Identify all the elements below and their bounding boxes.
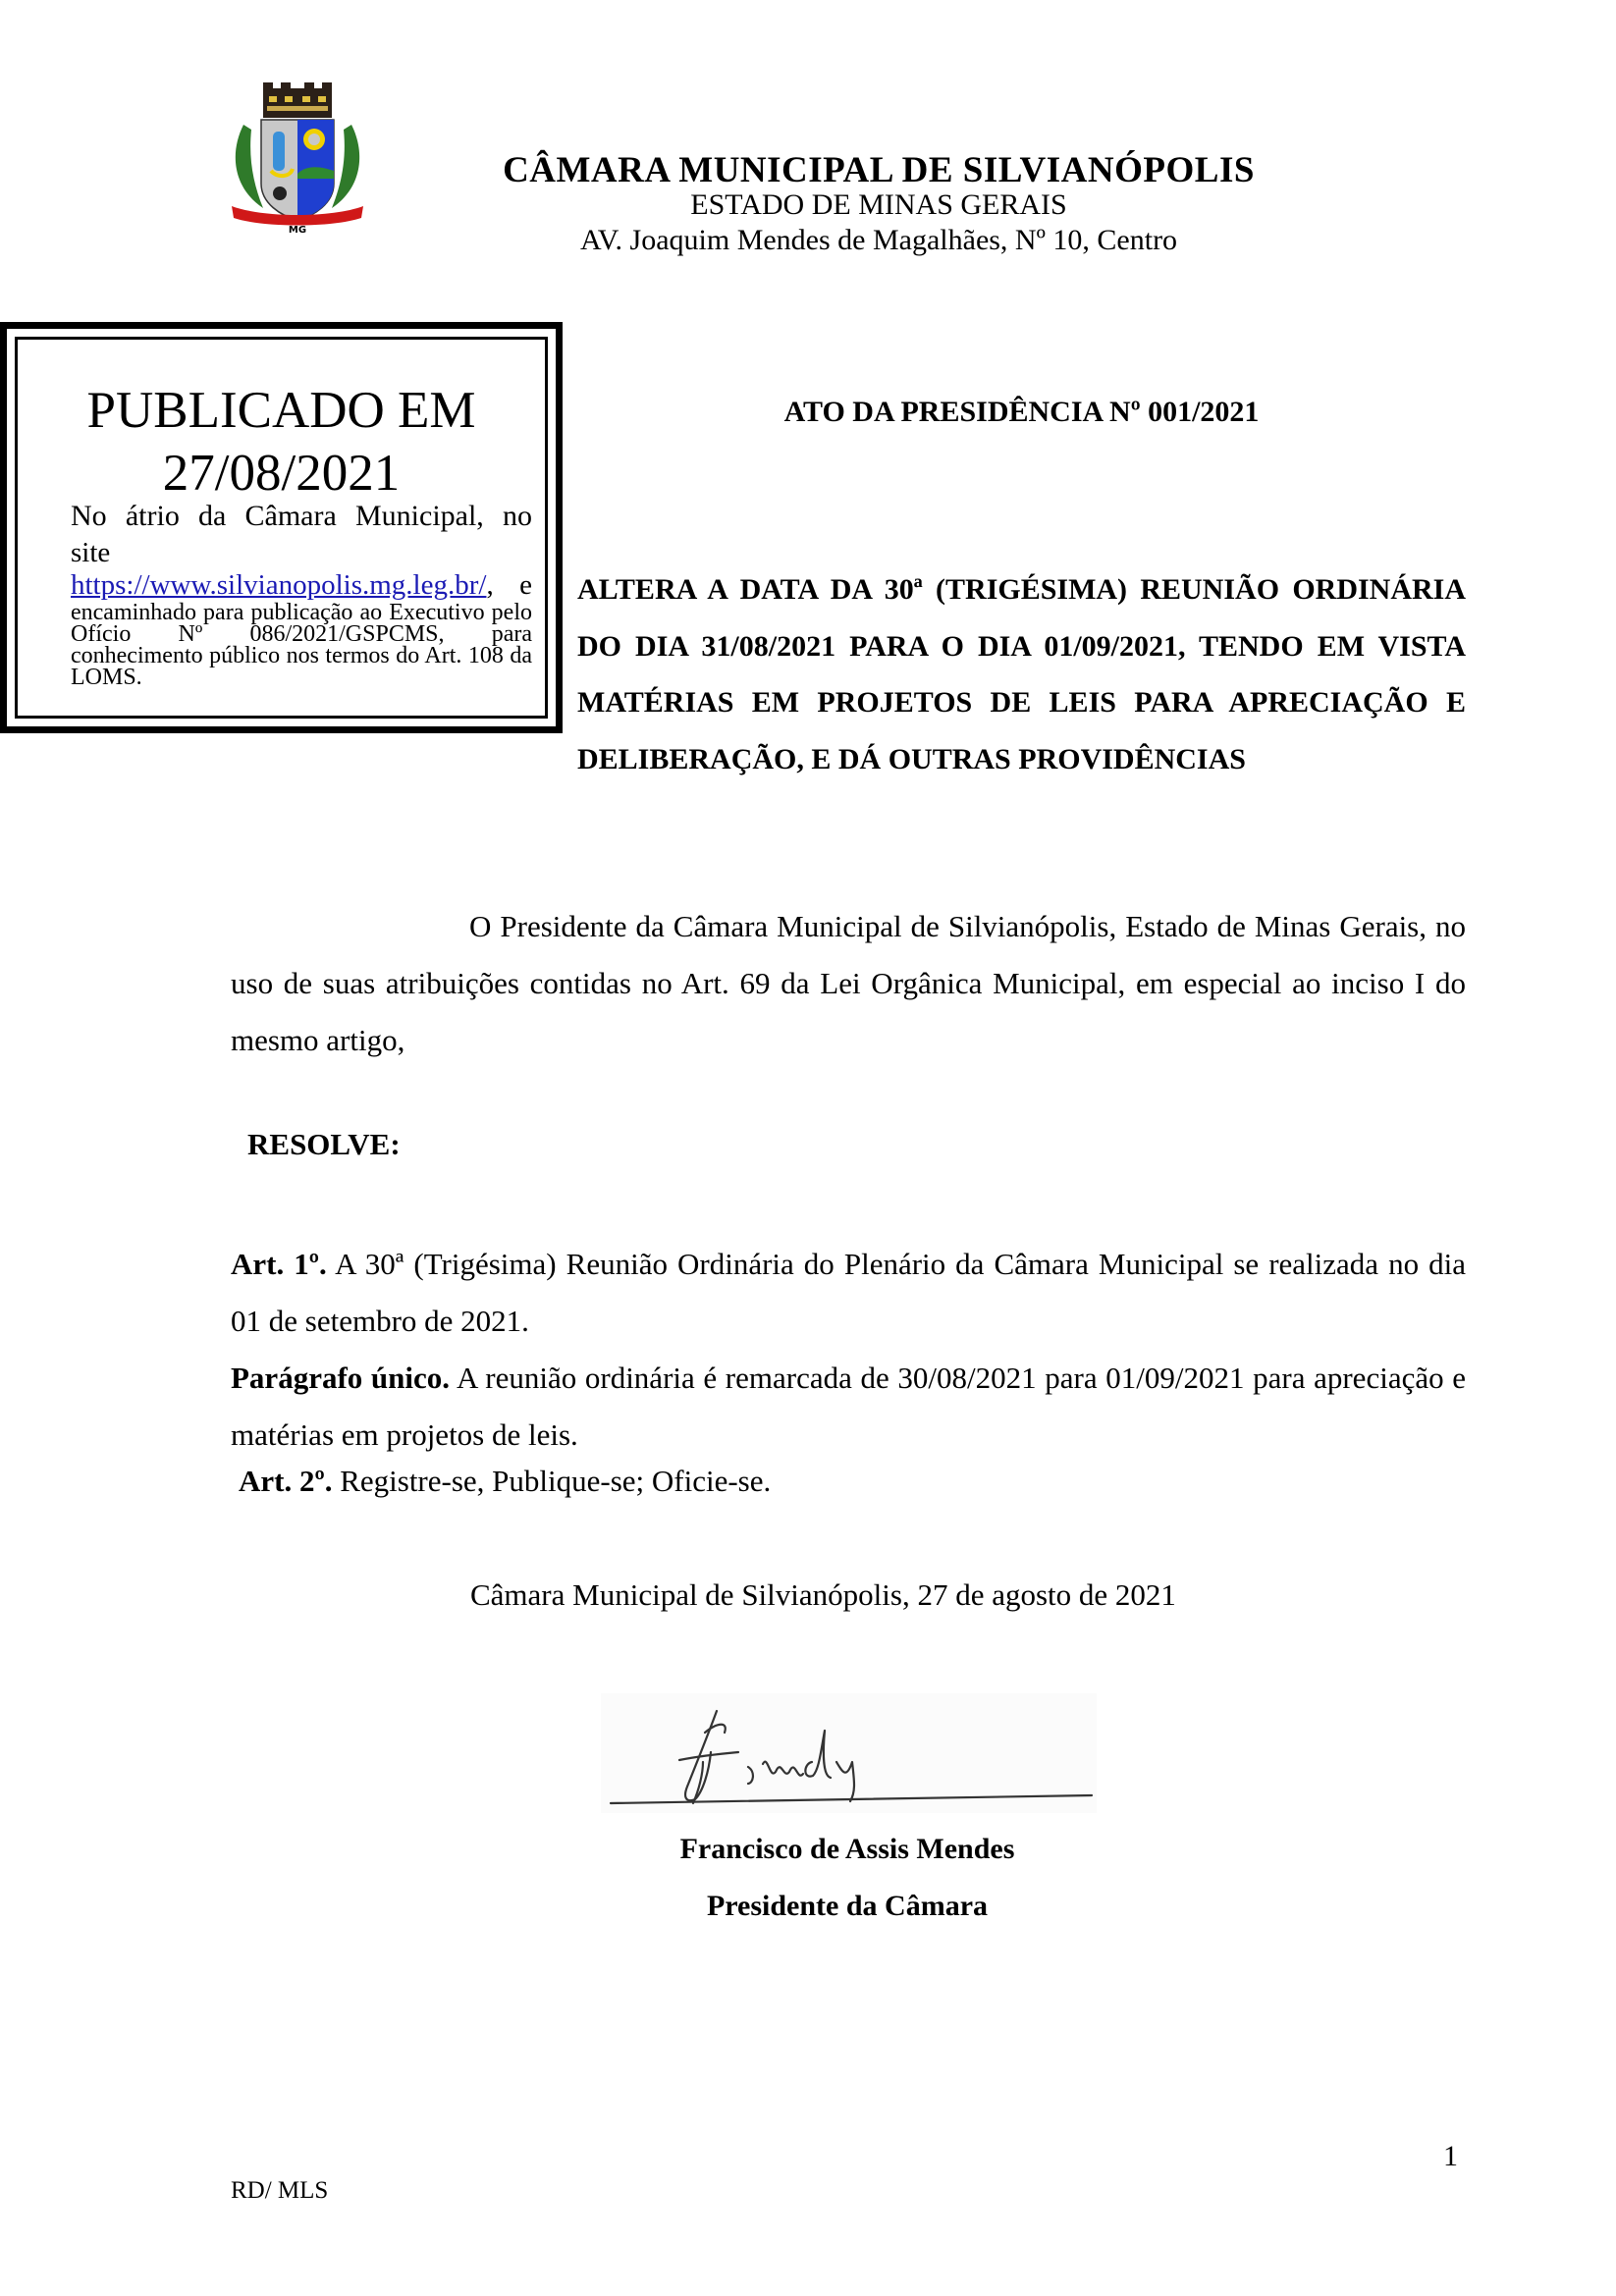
publication-stamp: PUBLICADO EM 27/08/2021 No átrio da Câma…	[0, 322, 563, 733]
place-and-date: Câmara Municipal de Silvianópolis, 27 de…	[470, 1577, 1176, 1613]
publication-rest-text: encaminhado para publicação ao Executivo…	[71, 602, 532, 688]
act-title: ATO DA PRESIDÊNCIA Nº 001/2021	[577, 396, 1466, 429]
signatory-name: Francisco de Assis Mendes	[553, 1833, 1142, 1866]
institution-address: AV. Joaquim Mendes de Magalhães, Nº 10, …	[481, 224, 1276, 257]
site-prefix: site	[71, 537, 110, 568]
site-link[interactable]: https://www.silvianopolis.mg.leg.br/	[71, 569, 486, 601]
article-1-label: Art. 1º.	[231, 1247, 327, 1281]
publication-heading: PUBLICADO EM	[18, 383, 545, 438]
svg-text:MG: MG	[289, 225, 306, 234]
page-number: 1	[1443, 2140, 1458, 2173]
resolve-heading: RESOLVE:	[247, 1127, 401, 1162]
document-reference: RD/ MLS	[231, 2177, 328, 2205]
publication-details: site https://www.silvianopolis.mg.leg.br…	[71, 537, 532, 688]
signatory-role: Presidente da Câmara	[553, 1890, 1142, 1923]
site-suffix: , e	[486, 569, 532, 601]
publication-lead-text: No átrio da Câmara Municipal, no	[71, 500, 532, 533]
coat-of-arms-icon: MG	[224, 80, 371, 234]
sole-paragraph-label: Parágrafo único.	[231, 1361, 450, 1395]
article-2: Art. 2º. Registre-se, Publique-se; Ofici…	[239, 1464, 771, 1499]
publication-date: 27/08/2021	[18, 446, 545, 501]
handwritten-signature-icon	[601, 1693, 1097, 1813]
institution-title: CÂMARA MUNICIPAL DE SILVIANÓPOLIS	[481, 149, 1276, 191]
article-2-text: Registre-se, Publique-se; Oficie-se.	[332, 1464, 771, 1498]
institution-state: ESTADO DE MINAS GERAIS	[481, 188, 1276, 222]
article-2-label: Art. 2º.	[239, 1464, 332, 1498]
article-1: Art. 1º. A 30ª (Trigésima) Reunião Ordin…	[231, 1236, 1466, 1350]
preamble-paragraph: O Presidente da Câmara Municipal de Silv…	[231, 898, 1466, 1069]
article-1-text: A 30ª (Trigésima) Reunião Ordinária do P…	[231, 1247, 1466, 1338]
sole-paragraph: Parágrafo único. A reunião ordinária é r…	[231, 1350, 1466, 1464]
act-summary: ALTERA A DATA DA 30ª (TRIGÉSIMA) REUNIÃO…	[577, 561, 1466, 787]
